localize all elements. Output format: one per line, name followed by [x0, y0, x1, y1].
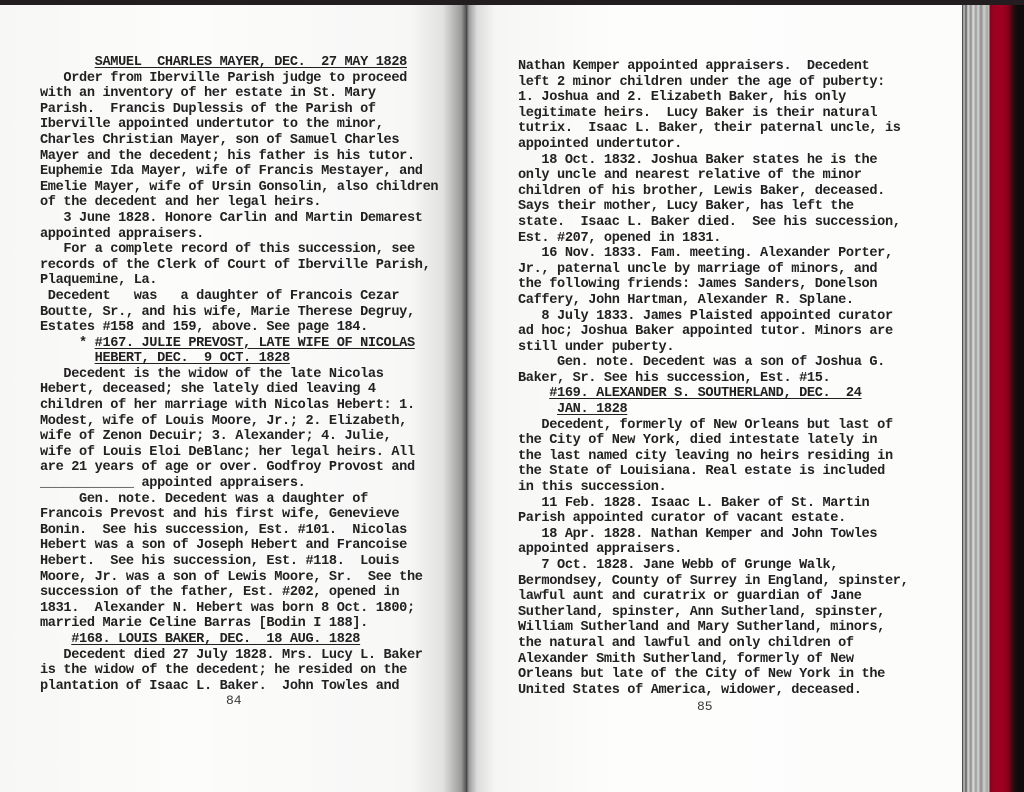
text-line: is the widow of the decedent; he resided…	[40, 663, 438, 679]
text-line: wife of Zenon Decuir; 3. Alexander; 4. J…	[40, 429, 438, 445]
text-line: 18 Oct. 1832. Joshua Baker states he is …	[518, 153, 908, 169]
page-number-left: 84	[226, 693, 242, 708]
text-line: 11 Feb. 1828. Isaac L. Baker of St. Mart…	[518, 496, 908, 512]
entry-heading: SAMUEL CHARLES MAYER, DEC. 27 MAY 1828	[40, 55, 438, 71]
text-line: Bermondsey, County of Surrey in England,…	[518, 574, 908, 590]
text-line: left 2 minor children under the age of p…	[518, 75, 908, 91]
text-line: appointed undertutor.	[518, 137, 908, 153]
book-page-edges	[962, 5, 1024, 792]
text-line: Nathan Kemper appointed appraisers. Dece…	[518, 59, 908, 75]
text-line: ____________ appointed appraisers.	[40, 476, 438, 492]
entry-heading: JAN. 1828	[518, 402, 908, 418]
text-line: lawful aunt and curatrix or guardian of …	[518, 589, 908, 605]
text-line: Decedent was a daughter of Francois Ceza…	[40, 289, 438, 305]
entry-heading: * #167. JULIE PREVOST, LATE WIFE OF NICO…	[40, 336, 438, 352]
page-number-right: 85	[697, 699, 713, 714]
text-line: in this succession.	[518, 480, 908, 496]
text-line: Gen. note. Decedent was a son of Joshua …	[518, 355, 908, 371]
text-line: married Marie Celine Barras [Bodin I 188…	[40, 616, 438, 632]
text-line: appointed appraisers.	[518, 542, 908, 558]
text-line: the last named city leaving no heirs res…	[518, 449, 908, 465]
text-line: 7 Oct. 1828. Jane Webb of Grunge Walk,	[518, 558, 908, 574]
text-line: Estates #158 and 159, above. See page 18…	[40, 320, 438, 336]
text-line: Decedent died 27 July 1828. Mrs. Lucy L.…	[40, 648, 438, 664]
text-line: 1831. Alexander N. Hebert was born 8 Oct…	[40, 601, 438, 617]
text-line: Alexander Smith Sutherland, formerly of …	[518, 652, 908, 668]
text-line: state. Isaac L. Baker died. See his succ…	[518, 215, 908, 231]
text-line: 3 June 1828. Honore Carlin and Martin De…	[40, 211, 438, 227]
text-line: plantation of Isaac L. Baker. John Towle…	[40, 679, 438, 695]
text-line: tutrix. Isaac L. Baker, their paternal u…	[518, 121, 908, 137]
text-line: 16 Nov. 1833. Fam. meeting. Alexander Po…	[518, 246, 908, 262]
text-line: Iberville appointed undertutor to the mi…	[40, 117, 438, 133]
text-line: are 21 years of age or over. Godfroy Pro…	[40, 460, 438, 476]
text-line: records of the Clerk of Court of Ibervil…	[40, 258, 438, 274]
text-line: children of his brother, Lewis Baker, de…	[518, 184, 908, 200]
text-line: Boutte, Sr., and his wife, Marie Therese…	[40, 305, 438, 321]
text-line: William Sutherland and Mary Sutherland, …	[518, 620, 908, 636]
text-line: Hebert. See his succession, Est. #118. L…	[40, 554, 438, 570]
text-line: Bonin. See his succession, Est. #101. Ni…	[40, 523, 438, 539]
text-line: legitimate heirs. Lucy Baker is their na…	[518, 106, 908, 122]
left-page-body: SAMUEL CHARLES MAYER, DEC. 27 MAY 1828 O…	[40, 55, 438, 694]
text-line: Modest, wife of Louis Moore, Jr.; 2. Eli…	[40, 414, 438, 430]
text-line: still under puberty.	[518, 340, 908, 356]
text-line: Caffery, John Hartman, Alexander R. Spla…	[518, 293, 908, 309]
text-line: United States of America, widower, decea…	[518, 683, 908, 699]
text-line: appointed appraisers.	[40, 227, 438, 243]
text-line: For a complete record of this succession…	[40, 242, 438, 258]
text-line: 1. Joshua and 2. Elizabeth Baker, his on…	[518, 90, 908, 106]
text-line: the State of Louisiana. Real estate is i…	[518, 464, 908, 480]
text-line: Orleans but late of the City of New York…	[518, 667, 908, 683]
right-page-body: Nathan Kemper appointed appraisers. Dece…	[518, 59, 908, 698]
text-line: Sutherland, spinster, Ann Sutherland, sp…	[518, 605, 908, 621]
text-line: Order from Iberville Parish judge to pro…	[40, 71, 438, 87]
text-line: only uncle and nearest relative of the m…	[518, 168, 908, 184]
text-line: Decedent, formerly of New Orleans but la…	[518, 418, 908, 434]
text-line: Francois Prevost and his first wife, Gen…	[40, 507, 438, 523]
text-line: Hebert, deceased; she lately died leavin…	[40, 382, 438, 398]
text-line: Baker, Sr. See his succession, Est. #15.	[518, 371, 908, 387]
text-line: Says their mother, Lucy Baker, has left …	[518, 199, 908, 215]
text-line: the following friends: James Sanders, Do…	[518, 277, 908, 293]
text-line: Gen. note. Decedent was a daughter of	[40, 492, 438, 508]
entry-heading: #169. ALEXANDER S. SOUTHERLAND, DEC. 24	[518, 386, 908, 402]
text-line: ad hoc; Joshua Baker appointed tutor. Mi…	[518, 324, 908, 340]
text-line: with an inventory of her estate in St. M…	[40, 86, 438, 102]
text-line: Decedent is the widow of the late Nicola…	[40, 367, 438, 383]
text-line: Euphemie Ida Mayer, wife of Francis Mest…	[40, 164, 438, 180]
entry-heading: #168. LOUIS BAKER, DEC. 18 AUG. 1828	[40, 632, 438, 648]
text-line: the City of New York, died intestate lat…	[518, 433, 908, 449]
text-line: 8 July 1833. James Plaisted appointed cu…	[518, 309, 908, 325]
text-line: Mayer and the decedent; his father is hi…	[40, 149, 438, 165]
text-line: succession of the father, Est. #202, ope…	[40, 585, 438, 601]
entry-heading: HEBERT, DEC. 9 OCT. 1828	[40, 351, 438, 367]
text-line: Hebert was a son of Joseph Hebert and Fr…	[40, 538, 438, 554]
text-line: of the decedent and her legal heirs.	[40, 195, 438, 211]
text-line: Charles Christian Mayer, son of Samuel C…	[40, 133, 438, 149]
text-line: wife of Louis Eloi DeBlanc; her legal he…	[40, 445, 438, 461]
text-line: Plaquemine, La.	[40, 273, 438, 289]
text-line: Emelie Mayer, wife of Ursin Gonsolin, al…	[40, 180, 438, 196]
text-line: Parish. Francis Duplessis of the Parish …	[40, 102, 438, 118]
text-line: children of her marriage with Nicolas He…	[40, 398, 438, 414]
text-line: the natural and lawful and only children…	[518, 636, 908, 652]
text-line: Jr., paternal uncle by marriage of minor…	[518, 262, 908, 278]
text-line: 18 Apr. 1828. Nathan Kemper and John Tow…	[518, 527, 908, 543]
text-line: Moore, Jr. was a son of Lewis Moore, Sr.…	[40, 570, 438, 586]
text-line: Parish appointed curator of vacant estat…	[518, 511, 908, 527]
text-line: Est. #207, opened in 1831.	[518, 231, 908, 247]
